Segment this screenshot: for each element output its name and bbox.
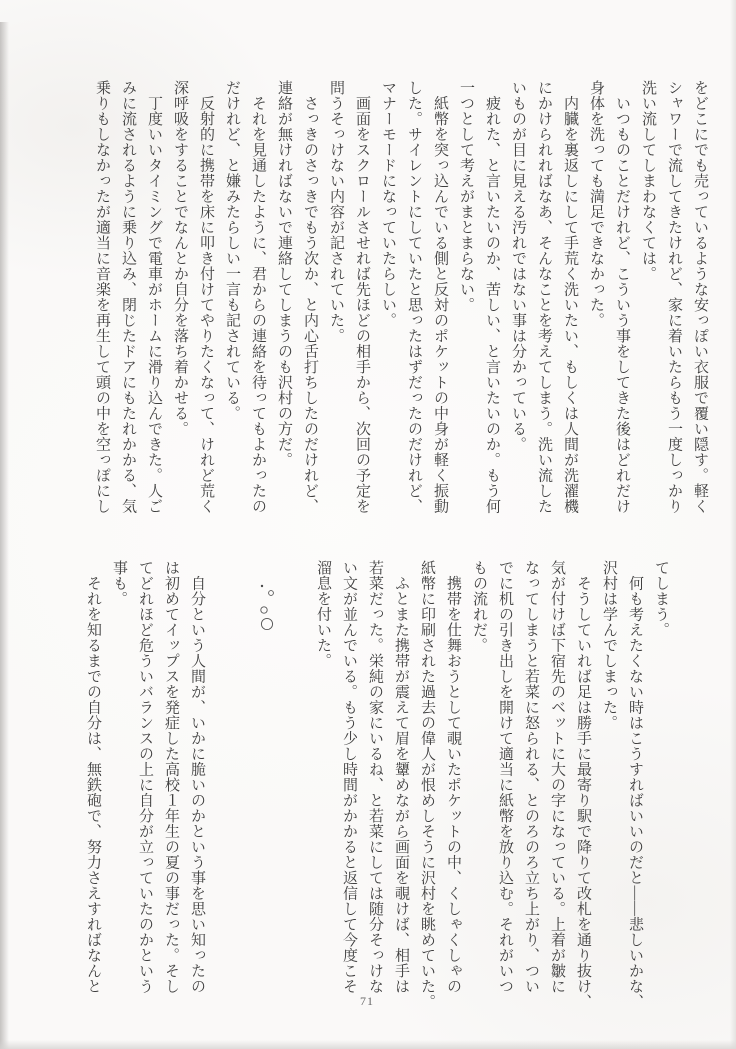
text-line: いものが目に見える汚れではない事は分かっている。	[505, 80, 531, 514]
text-line: 沢村は学んでしまった。	[596, 560, 622, 1010]
text-line: それを知るまでの自分は、無鉄砲で、努力さえすればなんと	[80, 560, 106, 1010]
scan-shadow-left	[0, 22, 9, 1049]
text-line: 深呼吸をすることでなんとか自分を落ち着かせる。	[167, 80, 193, 514]
text-line: なってしまうと若菜に怒られる、とのろのろ立ち上がり、つい	[518, 560, 544, 1010]
text-line: 一つとして考えがまとまらない。	[453, 80, 479, 514]
text-line: 疲れた、と言いたいのか、苦しい、と言いたいのか。もう何	[479, 80, 505, 514]
text-line: した。サイレントにしていたと思ったはずだったのだけれど、	[401, 80, 427, 514]
paragraph-group-2: 自分という人間が、いかに脆いのかという事を思い知ったのは初めてイップスを発症した…	[80, 560, 210, 1010]
book-page: をどこにでも売っているような安っぽい衣服で覆い隠す。軽くシャワーで流してきたけれ…	[0, 0, 736, 1049]
text-line: そうしていれば足は勝手に最寄り駅で降りて改札を通り抜け、	[570, 560, 596, 1010]
page-number: 71	[360, 994, 374, 1009]
scan-shadow-bottom	[0, 1040, 736, 1049]
text-line: 気が付けば下宿先のベットに大の字になっている。上着が皺に	[544, 560, 570, 1010]
text-line: みに流されるように乗り込み、閉じたドアにもたれかかる、気	[115, 80, 141, 514]
text-line: 内臓を裏返しにして手荒く洗いたい、もしくは人間が洗濯機	[557, 80, 583, 514]
text-line: 何も考えたくない時はこうすればいいのだと――悲しいかな、	[622, 560, 648, 1010]
text-line: 洗い流してしまわなくては。	[635, 80, 661, 514]
text-line: マナーモードになっていたらしい。	[375, 80, 401, 514]
text-line: 紙幣を突っ込んでいる側と反対のポケットの中身が軽く振動	[427, 80, 453, 514]
text-line: 紙幣に印刷された過去の偉人が恨めしそうに沢村を眺めていた。	[414, 560, 440, 1010]
text-line: てしまう。	[648, 560, 674, 1010]
text-line: は初めてイップスを発症した高校１年生の夏の事だった。そし	[158, 560, 184, 1010]
text-line: 乗りもしなかったが適当に音楽を再生して頭の中を空っぽにし	[89, 80, 115, 514]
scene-break	[210, 560, 310, 1010]
text-line: さっきのさっきでもう次か、と内心舌打ちしたのだけれど、	[297, 80, 323, 514]
text-line: でに机の引き出しを開けて適当に紙幣を放り込む。それがいつ	[492, 560, 518, 1010]
text-block-top: をどこにでも売っているような安っぽい衣服で覆い隠す。軽くシャワーで流してきたけれ…	[89, 80, 713, 514]
text-line: てどれほど危ういバランスの上に自分が立っていたのかという	[132, 560, 158, 1010]
text-line: にかけられればなあ、そんなことを考えてしまう。洗い流した	[531, 80, 557, 514]
text-line: 丁度いいタイミングで電車がホームに滑り込んできた。人ご	[141, 80, 167, 514]
text-line: 反射的に携帯を床に叩き付けてやりたくなって、けれど荒く	[193, 80, 219, 514]
text-line: 身体を洗っても満足できなかった。	[583, 80, 609, 514]
text-line: もの流れだ。	[466, 560, 492, 1010]
text-line: 画面をスクロールさせれば先ほどの相手から、次回の予定を	[349, 80, 375, 514]
text-line: シャワーで流してきたけれど、家に着いたらもう一度しっかり	[661, 80, 687, 514]
text-block-bottom: てしまう。 何も考えたくない時はこうすればいいのだと――悲しいかな、沢村は学んで…	[80, 560, 674, 1010]
text-line: をどこにでも売っているような安っぽい衣服で覆い隠す。軽く	[687, 80, 713, 514]
text-line: だけれど、と嫌みたらしい一言も記されている。	[219, 80, 245, 514]
text-line: 問うそっけない内容が記されていた。	[323, 80, 349, 514]
text-line: 溜息を付いた。	[310, 560, 336, 1010]
paragraph-group-1: てしまう。 何も考えたくない時はこうすればいいのだと――悲しいかな、沢村は学んで…	[310, 560, 674, 1010]
text-line: それを見通したように、君からの連絡を待ってもよかったの	[245, 80, 271, 514]
text-line: 事も。	[106, 560, 132, 1010]
scene-break-bubbles-icon	[245, 582, 275, 634]
text-line: ふとまた携帯が震えて眉を顰めながら画面を覗けば、相手は	[388, 560, 414, 1010]
text-line: 若菜だった。栄純の家にいるね、と若菜にしては随分そっけな	[362, 560, 388, 1010]
text-line: 自分という人間が、いかに脆いのかという事を思い知ったの	[184, 560, 210, 1010]
text-line: 連絡が無ければないで連絡してしまうのも沢村の方だ。	[271, 80, 297, 514]
text-line: 携帯を仕舞おうとして覗いたポケットの中、くしゃくしゃの	[440, 560, 466, 1010]
scan-shadow-right	[730, 0, 736, 1049]
text-line: いつものことだけれど、こういう事をしてきた後はどれだけ	[609, 80, 635, 514]
text-line: い文が並んでいる。もう少し時間がかかると返信して今度こそ	[336, 560, 362, 1010]
